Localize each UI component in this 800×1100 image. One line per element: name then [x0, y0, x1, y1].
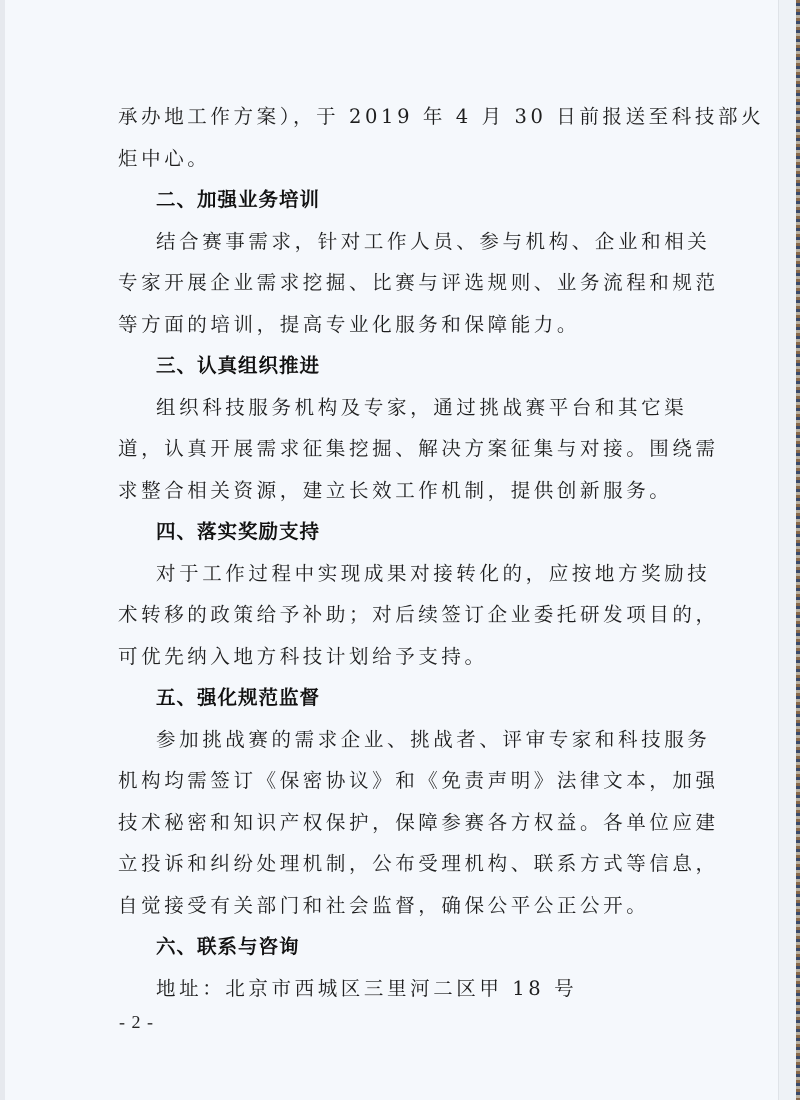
paragraph-line: 立投诉和纠纷处理机制，公布受理机构、联系方式等信息， [118, 843, 678, 885]
paragraph-line: 技术秘密和知识产权保护，保障参赛各方权益。各单位应建 [118, 802, 678, 844]
section-heading-rewards: 四、落实奖励支持 [118, 511, 678, 553]
paragraph-line: 参加挑战赛的需求企业、挑战者、评审专家和科技服务 [118, 719, 678, 761]
scan-border-edge [796, 0, 800, 1100]
page-number: - 2 - [119, 1012, 154, 1033]
scan-page-edge [778, 0, 797, 1100]
address-line: 地址：北京市西城区三里河二区甲 18 号 [118, 968, 678, 1010]
paragraph-line: 结合赛事需求，针对工作人员、参与机构、企业和相关 [118, 221, 678, 263]
paragraph-line: 承办地工作方案），于 2019 年 4 月 30 日前报送至科技部火 [118, 96, 678, 138]
paragraph-line: 等方面的培训，提高专业化服务和保障能力。 [118, 304, 678, 346]
paragraph-line: 专家开展企业需求挖掘、比赛与评选规则、业务流程和规范 [118, 262, 678, 304]
paragraph-line: 道，认真开展需求征集挖掘、解决方案征集与对接。围绕需 [118, 428, 678, 470]
paragraph-line: 自觉接受有关部门和社会监督，确保公平公正公开。 [118, 885, 678, 927]
paragraph-line: 可优先纳入地方科技计划给予支持。 [118, 636, 678, 678]
paragraph-line: 炬中心。 [118, 138, 678, 180]
section-heading-training: 二、加强业务培训 [118, 179, 678, 221]
paragraph-line: 机构均需签订《保密协议》和《免责声明》法律文本，加强 [118, 760, 678, 802]
document-page: 承办地工作方案），于 2019 年 4 月 30 日前报送至科技部火 炬中心。 … [0, 0, 778, 1100]
section-heading-organize: 三、认真组织推进 [118, 345, 678, 387]
paragraph-line: 组织科技服务机构及专家，通过挑战赛平台和其它渠 [118, 387, 678, 429]
section-heading-contact: 六、联系与咨询 [118, 926, 678, 968]
document-body: 承办地工作方案），于 2019 年 4 月 30 日前报送至科技部火 炬中心。 … [118, 96, 678, 1009]
section-heading-supervision: 五、强化规范监督 [118, 677, 678, 719]
paragraph-line: 对于工作过程中实现成果对接转化的，应按地方奖励技 [118, 553, 678, 595]
paragraph-line: 求整合相关资源，建立长效工作机制，提供创新服务。 [118, 470, 678, 512]
paragraph-line: 术转移的政策给予补助；对后续签订企业委托研发项目的， [118, 594, 678, 636]
